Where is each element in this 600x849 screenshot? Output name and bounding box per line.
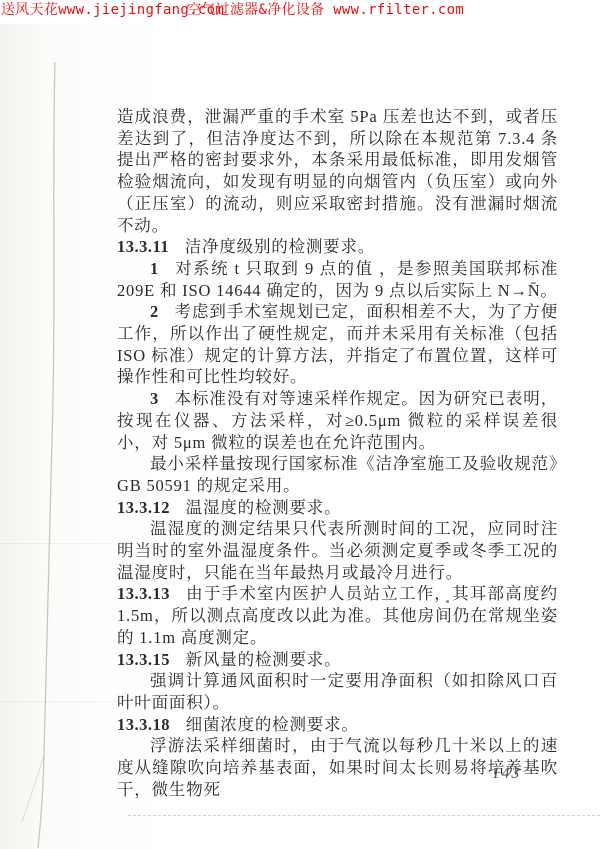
section-title: 温湿度的检测要求。: [186, 498, 342, 517]
section-title: 细菌浓度的检测要求。: [186, 715, 359, 734]
paragraph-text: 最小采样量按现行国家标准《洁净室施工及验收规范》GB 50591 的规定采用。: [117, 454, 558, 495]
scanned-document-view: 送风天花www.jiejingfang.com 空气过滤器&净化设备 www.r…: [0, 0, 600, 849]
item-number: 3: [150, 389, 159, 408]
item-number: 2: [150, 302, 159, 321]
paragraph-continuation: 造成浪费，泄漏严重的手术室 5Pa 压差也达不到，或者压差达到了，但洁净度达不到…: [117, 106, 558, 236]
section-number: 13.3.18: [117, 715, 170, 734]
section-number: 13.3.15: [117, 650, 170, 669]
numbered-item: 3本标准没有对等速采样作规定。因为研究已表明，按现在仪器、方法采样，对≥0.5μ…: [117, 388, 558, 453]
paragraph: 温湿度的测定结果只代表所测时间的工况，应同时注明当时的室外温湿度条件。当必须测定…: [117, 518, 558, 583]
section-heading: 13.3.12温湿度的检测要求。: [117, 497, 558, 519]
section-heading: 13.3.18细菌浓度的检测要求。: [117, 714, 558, 736]
section-number: 13.3.13: [117, 584, 170, 603]
scan-noise-dot: [446, 600, 449, 603]
scan-crease-line: [128, 815, 600, 816]
section-heading: 13.3.15新风量的检测要求。: [117, 649, 558, 671]
paragraph: 最小采样量按现行国家标准《洁净室施工及验收规范》GB 50591 的规定采用。: [117, 453, 558, 496]
paragraph-text: 温湿度的测定结果只代表所测时间的工况，应同时注明当时的室外温湿度条件。当必须测定…: [117, 519, 558, 581]
item-number: 1: [150, 259, 159, 278]
scan-streak: [0, 543, 112, 544]
section-number: 13.3.11: [117, 237, 169, 256]
item-text: 本标准没有对等速采样作规定。因为研究已表明，按现在仪器、方法采样，对≥0.5μm…: [117, 389, 558, 451]
section-title: 新风量的检测要求。: [186, 650, 342, 669]
section-title: 洁净度级别的检测要求。: [185, 237, 375, 256]
document-body: 造成浪费，泄漏严重的手术室 5Pa 压差也达不到，或者压差达到了，但洁净度达不到…: [117, 106, 558, 801]
paragraph-text: 强调计算通风面积时一定要用净面积（如扣除风口百叶叶面面积）。: [117, 671, 558, 712]
item-text: 对系统 t 只取到 9 点的值 ，是参照美国联邦标准 209E 和 ISO 14…: [117, 259, 558, 300]
section-number: 13.3.12: [117, 498, 170, 517]
watermark-right-url: 空气过滤器&净化设备 www.rfilter.com: [187, 1, 464, 19]
item-text: 考虑到手术室规划已定，面积相差不大，为了方便工作，所以作出了硬性规定，而并未采用…: [117, 302, 558, 386]
paragraph-text: 造成浪费，泄漏严重的手术室 5Pa 压差也达不到，或者压差达到了，但洁净度达不到…: [117, 107, 558, 235]
watermark-header: 送风天花www.jiejingfang.com 空气过滤器&净化设备 www.r…: [0, 0, 600, 22]
section-heading: 13.3.11洁净度级别的检测要求。: [117, 236, 558, 258]
section-text: 由于手术室内医护人员站立工作，其耳部高度约 1.5m，所以测点高度改以此为准。其…: [117, 584, 558, 646]
scan-streak: [0, 701, 126, 702]
section-heading: 13.3.13由于手术室内医护人员站立工作，其耳部高度约 1.5m，所以测点高度…: [117, 583, 558, 648]
page-number: 143: [492, 765, 521, 783]
numbered-item: 1对系统 t 只取到 9 点的值 ，是参照美国联邦标准 209E 和 ISO 1…: [117, 258, 558, 301]
paragraph: 强调计算通风面积时一定要用净面积（如扣除风口百叶叶面面积）。: [117, 670, 558, 713]
numbered-item: 2考虑到手术室规划已定，面积相差不大，为了方便工作，所以作出了硬性规定，而并未采…: [117, 301, 558, 388]
